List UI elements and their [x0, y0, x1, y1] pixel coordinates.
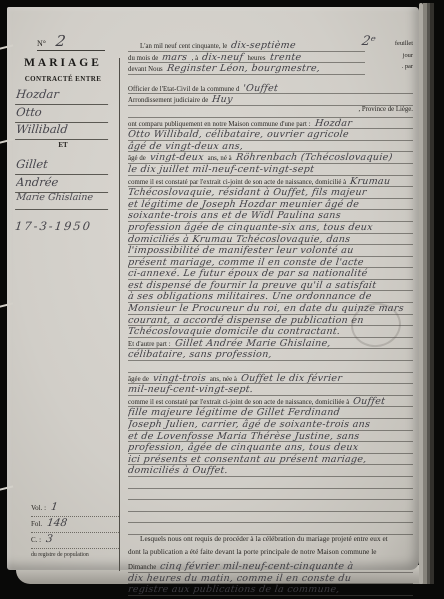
printed-text: Et d'autre part : [128, 341, 171, 348]
handwritten-text: Huy [212, 94, 234, 105]
ruled-blank-line [128, 500, 413, 512]
printed-text: âgé de [128, 155, 146, 162]
ruled-blank-line [128, 361, 413, 373]
handwritten-text: registre aux publications de la commune, [128, 584, 340, 595]
act-text-line: et de Lovenfosse Maria Thérèse Justine, … [128, 431, 413, 443]
feuillet-label: feuillet [395, 38, 413, 50]
act-main-column: feuillet jour . par 2ᵉ L'an mil neuf cen… [126, 7, 415, 570]
handwritten-text: l'impossibilité de manifester leur volon… [128, 245, 354, 256]
printed-text: comme il est constaté par l'extrait ci-j… [128, 399, 349, 406]
fol-value-handwritten: 148 [46, 517, 68, 529]
handwritten-text: est dispensé de fournir la preuve qu'il … [128, 280, 377, 291]
corner-form-labels: feuillet jour . par [395, 38, 413, 73]
act-text-line: comme il est constaté par l'extrait ci-j… [128, 396, 413, 408]
registry-row-c: C. : 3 [31, 533, 119, 549]
jour-label: jour [395, 50, 413, 62]
act-text-line: profession âgée de cinquante-six ans, to… [128, 222, 413, 234]
act-text-line: et légitime de Joseph Hozdar meunier âgé… [128, 199, 413, 211]
act-text-line: dix heures du matin, comme il en conste … [128, 573, 413, 585]
printed-text: âgée de [128, 376, 149, 383]
printed-text: comme il est constaté par l'extrait ci-j… [128, 179, 346, 186]
printed-text: , à [192, 55, 199, 62]
act-title: MARIAGE [7, 57, 119, 69]
par-label: . par [395, 61, 413, 73]
handwritten-text: Otto Willibald, célibataire, ouvrier agr… [128, 129, 349, 140]
act-text-line: ci-annexé. Le futur époux de par sa nati… [128, 268, 413, 280]
act-text-line: Dimanchecinq février mil-neuf-cent-cinqu… [128, 561, 413, 573]
act-number-label: N° [37, 39, 46, 48]
c-value-handwritten: 3 [45, 533, 53, 545]
act-text-line: , Province de Liège. [128, 106, 413, 118]
act-text-line: est dispensé de fournir la preuve qu'il … [128, 280, 413, 292]
act-text-line: registre aux publications de la commune, [128, 584, 413, 596]
handwritten-text: à ses obligations militaires. Une ordonn… [128, 291, 372, 302]
handwritten-text: et légitime de Joseph Hozdar meunier âgé… [128, 199, 360, 210]
act-text-line: profession, âgée de cinquante ans, tous … [128, 442, 413, 454]
margin-column-divider [119, 58, 120, 571]
handwritten-text: Tchécoslovaquie domicile du contractant. [128, 326, 341, 337]
handwritten-text: âgé de vingt-deux ans, [128, 141, 244, 152]
printed-text: ans, né à [208, 155, 232, 162]
handwritten-text: Gillet Andrée Marie Ghislaine, [174, 338, 331, 349]
ruled-blank-line [128, 489, 413, 501]
registry-caption: du registre de population [31, 552, 119, 558]
handwritten-text: dix heures du matin, comme il en conste … [128, 573, 352, 584]
handwritten-text: célibataire, sans profession, [128, 349, 273, 360]
act-opening-lines: L'an mil neuf cent cinquante, ledix-sept… [128, 40, 365, 75]
registry-row-fol: Fol. 148 [31, 517, 119, 533]
printed-text: , Province de Liège. [358, 106, 413, 113]
act-text-line: devant NousReginster Léon, bourgmestre, [128, 63, 365, 75]
handwritten-text: trente [269, 52, 302, 63]
act-text-line: à ses obligations militaires. Une ordonn… [128, 291, 413, 303]
act-number-row: N° 2 [37, 32, 105, 51]
margin-name-line: Marie Ghislaine [15, 192, 110, 210]
ruled-blank-line [128, 477, 413, 489]
printed-text: Dimanche [128, 564, 156, 571]
vol-value-handwritten: 1 [50, 501, 58, 513]
ruled-blank-line [128, 523, 413, 535]
act-text-line: ici présents et consentant au présent ma… [128, 454, 413, 466]
handwritten-text: vingt-trois [152, 373, 206, 384]
registry-row-vol: Vol. : 1 [31, 501, 119, 517]
groom-name-margin-block: HozdarOttoWillibald [7, 87, 119, 140]
handwritten-text: Röhrenbach (Tchécoslovaquie) [235, 152, 393, 163]
handwritten-text: Reginster Léon, bourgmestre, [166, 63, 321, 74]
printed-text: L'an mil neuf cent cinquante, le [128, 43, 227, 50]
act-text-line: Joseph Julien, carrier, âgé de soixante-… [128, 419, 413, 431]
bride-name-margin-block: GilletAndréeMarie Ghislaine [7, 157, 119, 210]
handwritten-text: domiciliés à Ouffet. [128, 465, 229, 476]
act-subtitle: CONTRACTÉ ENTRE [7, 75, 119, 83]
marriage-date-handwritten: 17-3-1950 [14, 219, 115, 233]
c-label: C. : [31, 536, 41, 544]
printed-text: du mois de [128, 55, 158, 62]
act-text-line: fille majeure légitime de Gillet Ferdina… [128, 407, 413, 419]
handwritten-text: Hozdar [314, 118, 352, 129]
act-text-line: Lesquels nous ont requis de procéder à l… [128, 535, 413, 548]
act-text-line: domiciliés à Ouffet. [128, 465, 413, 477]
printed-text: ont comparu publiquement en notre Maison… [128, 121, 311, 128]
act-text-line: Arrondissement judiciaire deHuy [128, 94, 413, 106]
handwritten-text: Krumau [350, 176, 392, 187]
handwritten-text: mil-neuf-cent-vingt-sept. [128, 384, 254, 395]
act-text-line: ont comparu publiquement en notre Maison… [128, 118, 413, 130]
margin-name-line: Andrée [15, 175, 110, 193]
handwritten-text: Ouffet [353, 396, 387, 407]
handwritten-text: fille majeure légitime de Gillet Ferdina… [128, 407, 341, 418]
printed-text: devant Nous [128, 66, 163, 73]
vol-label: Vol. : [31, 504, 46, 512]
act-text-line: comme il est constaté par l'extrait ci-j… [128, 176, 413, 188]
handwritten-text: présent mariage, comme il en conste de l… [128, 257, 364, 268]
act-text-line: Officier de l'Etat-Civil de la commune d… [128, 83, 413, 95]
handwritten-text: mars [162, 52, 189, 63]
handwritten-text: dix-neuf [202, 52, 245, 63]
handwritten-text: et de Lovenfosse Maria Thérèse Justine, … [128, 431, 360, 442]
act-text-line: dont la publication a été faite devant l… [128, 548, 413, 561]
handwritten-text: cinq février mil-neuf-cent-cinquante à [160, 561, 355, 572]
handwritten-text: courant, a accordé dispense de publicati… [128, 315, 364, 326]
handwritten-text: 'Ouffet [243, 83, 279, 94]
act-text-line: l'impossibilité de manifester leur volon… [128, 245, 413, 257]
printed-text: Lesquels nous ont requis de procéder à l… [128, 535, 388, 543]
act-text-line: célibataire, sans profession, [128, 349, 413, 361]
handwritten-text: le dix juillet mil-neuf-cent-vingt-sept [128, 164, 315, 175]
handwritten-text: Tchécoslovaquie, résidant à Ouffet, fils… [128, 187, 367, 198]
act-text-line: mil-neuf-cent-vingt-sept. [128, 384, 413, 396]
act-text-line: du mois demars, àdix-neufheurestrente [128, 52, 365, 64]
act-text-line: soixante-trois ans et de Widl Paulina sa… [128, 210, 413, 222]
act-text-line: Tchécoslovaquie, résidant à Ouffet, fils… [128, 187, 413, 199]
fol-label: Fol. [31, 520, 42, 528]
act-text-line: âgé devingt-deuxans, né àRöhrenbach (Tch… [128, 152, 413, 164]
act-text-line: Otto Willibald, célibataire, ouvrier agr… [128, 129, 413, 141]
margin-name-line: Willibald [15, 122, 110, 140]
handwritten-text: profession âgée de cinquante-six ans, to… [128, 222, 373, 233]
act-text-line: le dix juillet mil-neuf-cent-vingt-sept [128, 164, 413, 176]
ruled-blank-line [128, 512, 413, 524]
printed-text: ans, née à [210, 376, 237, 383]
population-register-reference: Vol. : 1 Fol. 148 C. : 3 du registre de … [31, 501, 119, 558]
act-text-line: âgé de vingt-deux ans, [128, 141, 413, 153]
handwritten-text: ci-annexé. Le futur époux de par sa nati… [128, 268, 368, 279]
handwritten-text: ici présents et consentant au présent ma… [128, 454, 367, 465]
handwritten-text: Ouffet le dix février [240, 373, 342, 384]
act-text-line: L'an mil neuf cent cinquante, ledix-sept… [128, 40, 365, 52]
printed-text: dont la publication a été faite devant l… [128, 548, 377, 556]
margin-column: N° 2 MARIAGE CONTRACTÉ ENTRE HozdarOttoW… [7, 7, 119, 570]
handwritten-text: domiciliés à Krumau Tchécoslovaquie, dan… [128, 234, 351, 245]
handwritten-text: soixante-trois ans et de Widl Paulina sa… [128, 210, 342, 221]
printed-text: Arrondissement judiciaire de [128, 97, 208, 104]
scanned-marriage-register-page: { "page": { "act_number_label": "N°", "a… [0, 0, 444, 599]
conjunction-et: ET [7, 141, 119, 149]
handwritten-text: dix-septième [231, 40, 297, 51]
margin-name-line: Gillet [15, 157, 110, 175]
act-text-line: âgée devingt-troisans, née àOuffet le di… [128, 373, 413, 385]
printed-text: Officier de l'Etat-Civil de la commune d [128, 86, 239, 93]
handwritten-text: Joseph Julien, carrier, âgé de soixante-… [128, 419, 371, 430]
act-text-line: présent mariage, comme il en conste de l… [128, 257, 413, 269]
handwritten-text: profession, âgée de cinquante ans, tous … [128, 442, 359, 453]
act-number-handwritten: 2 [55, 32, 67, 50]
act-text-line: domiciliés à Krumau Tchécoslovaquie, dan… [128, 234, 413, 246]
margin-name-line: Hozdar [15, 87, 110, 105]
printed-text: heures [248, 55, 266, 62]
book-spine-shadow [430, 3, 434, 584]
handwritten-text: vingt-deux [149, 152, 204, 163]
margin-name-line: Otto [15, 105, 110, 123]
